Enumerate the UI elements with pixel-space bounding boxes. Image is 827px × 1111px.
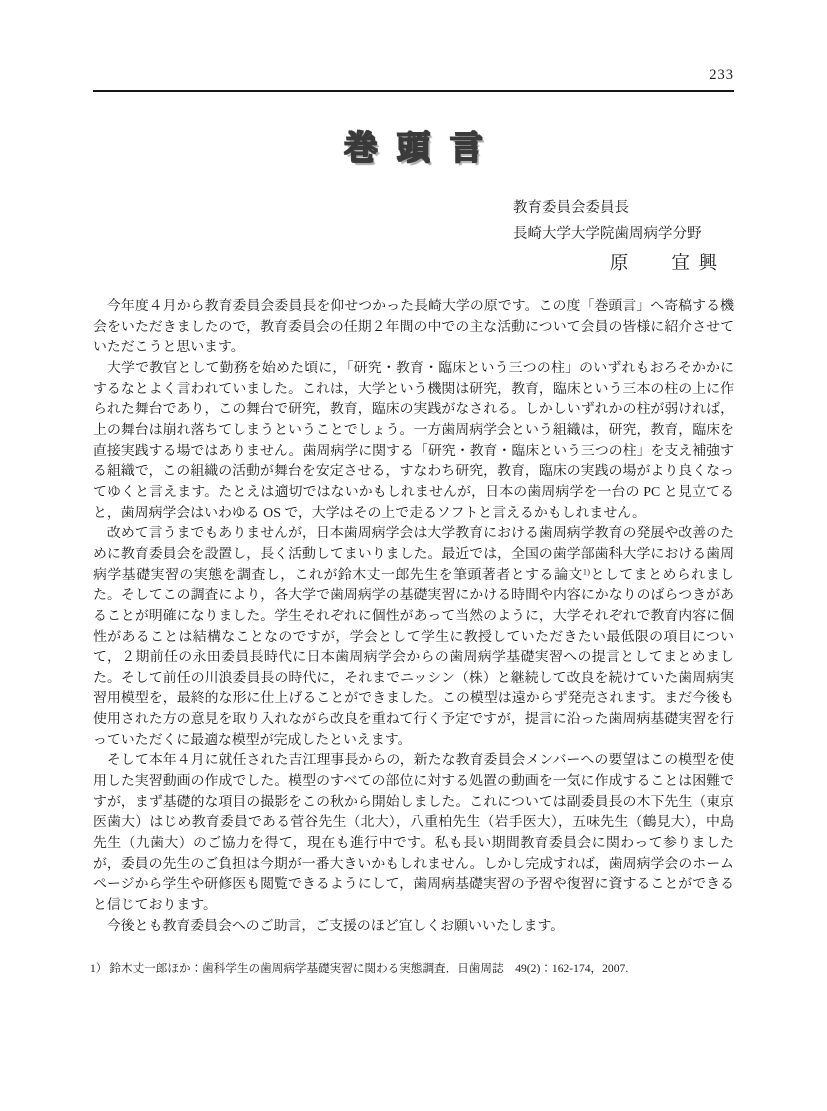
header-rule [93, 90, 734, 92]
paragraph-3: 改めて言うまでもありませんが，日本歯周病学会は大学教育における歯周病学教育の発展… [93, 524, 734, 751]
author-block: 教育委員会委員長 長崎大学大学院歯周病学分野 原 宜 興 [513, 196, 719, 277]
paragraph-4: そして本年４月に就任された吉江理事長からの，新たな教育委員会メンバーへの要望はこ… [93, 751, 734, 916]
author-affiliation: 長崎大学大学院歯周病学分野 [513, 222, 719, 248]
paragraph-3-text-after: としてまとめられました。そしてこの調査により，各大学で歯周病学の基礎実習にかける… [93, 568, 734, 748]
footnote-text: 鈴木丈一郎ほか：歯科学生の歯周病学基礎実習に関わる実態調査．日歯周誌 49(2)… [109, 962, 628, 975]
author-name: 原 宜 興 [513, 251, 719, 277]
article-title: 巻頭言 [93, 131, 734, 167]
document-page: 233 巻頭言 教育委員会委員長 長崎大学大学院歯周病学分野 原 宜 興 今年度… [0, 0, 827, 1111]
footnote: 1）鈴木丈一郎ほか：歯科学生の歯周病学基礎実習に関わる実態調査．日歯周誌 49(… [90, 960, 738, 977]
author-role: 教育委員会委員長 [513, 196, 719, 222]
paragraph-1: 今年度４月から教育委員会委員長を仰せつかった長崎大学の原です。この度「巻頭言」へ… [93, 297, 734, 359]
paragraph-5: 今後とも教育委員会へのご助言，ご支援のほど宜しくお願いいたします。 [93, 917, 734, 938]
footnote-reference-marker: 1) [583, 566, 590, 576]
footnote-label: 1） [90, 962, 107, 975]
paragraph-2: 大学で教官として勤務を始めた頃に，「研究・教育・臨床という三つの柱」のいずれもお… [93, 359, 734, 524]
page-number: 233 [93, 67, 734, 84]
article-body: 今年度４月から教育委員会委員長を仰せつかった長崎大学の原です。この度「巻頭言」へ… [93, 297, 734, 937]
